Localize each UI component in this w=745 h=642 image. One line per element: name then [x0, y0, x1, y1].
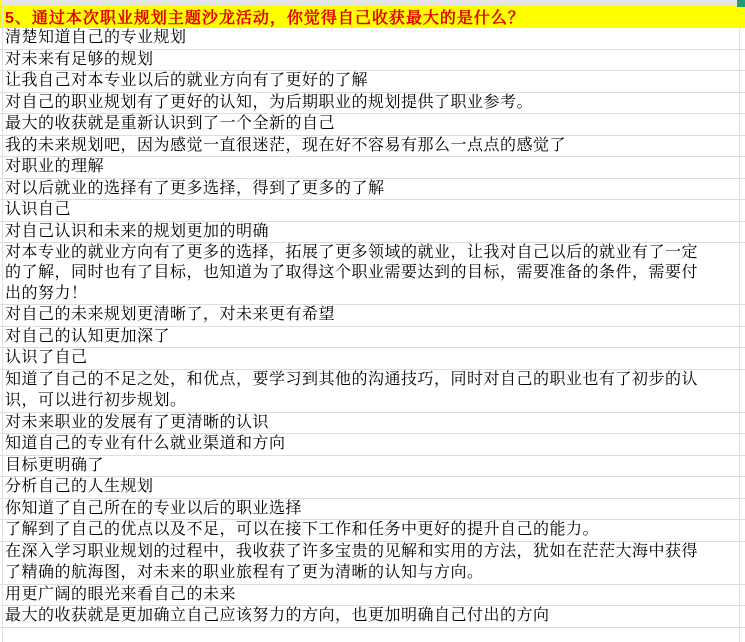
- table-row[interactable]: 对自己认识和未来的规划更加的明确: [0, 222, 745, 244]
- cell-text: 你知道了自己所在的专业以后的职业选择: [5, 499, 736, 520]
- question-header-text: 5、通过本次职业规划主题沙龙活动，你觉得自己收获最大的是什么？: [5, 5, 525, 28]
- cell-text: 知道了自己的不足之处，和优点，要学习到其他的沟通技巧，同时对自己的职业也有了初步…: [5, 370, 736, 411]
- table-row[interactable]: 知道了自己的不足之处，和优点，要学习到其他的沟通技巧，同时对自己的职业也有了初步…: [0, 370, 745, 413]
- table-row[interactable]: 我的未来规划吧，因为感觉一直很迷茫，现在好不容易有那么一点点的感觉了: [0, 136, 745, 158]
- cell-text: 让我自己对本专业以后的就业方向有了更好的了解: [5, 71, 736, 92]
- table-row[interactable]: 对自己的认知更加深了: [0, 327, 745, 349]
- table-row[interactable]: 你知道了自己所在的专业以后的职业选择: [0, 499, 745, 521]
- table-row[interactable]: 对本专业的就业方向有了更多的选择，拓展了更多领域的就业，让我对自己以后的就业有了…: [0, 243, 745, 305]
- cell-text: 对未来有足够的规划: [5, 50, 736, 71]
- cell-text: 认识自己: [5, 200, 736, 221]
- cell-text: 对职业的理解: [5, 157, 736, 178]
- cell-text: 对以后就业的选择有了更多选择，得到了更多的了解: [5, 179, 736, 200]
- cell-text: 对自己认识和未来的规划更加的明确: [5, 222, 736, 243]
- left-gridline: [2, 0, 3, 642]
- corner-marker-icon: [737, 0, 745, 7]
- cell-text: 认识了自己: [5, 348, 736, 369]
- cell-text: 对自己的未来规划更清晰了，对未来更有希望: [5, 305, 736, 326]
- table-row[interactable]: 用更广阔的眼光来看自己的未来: [0, 585, 745, 607]
- table-row[interactable]: 对职业的理解: [0, 157, 745, 179]
- table-row[interactable]: 让我自己对本专业以后的就业方向有了更好的了解: [0, 71, 745, 93]
- table-row[interactable]: 对自己的未来规划更清晰了，对未来更有希望: [0, 305, 745, 327]
- cell-text: 目标更明确了: [5, 456, 736, 477]
- cell-text: 对本专业的就业方向有了更多的选择，拓展了更多领域的就业，让我对自己以后的就业有了…: [5, 243, 736, 304]
- table-row[interactable]: 在深入学习职业规划的过程中，我收获了许多宝贵的见解和实用的方法，犹如在茫茫大海中…: [0, 542, 745, 585]
- table-row[interactable]: 知道自己的专业有什么就业渠道和方向: [0, 434, 745, 456]
- table-row[interactable]: 认识了自己: [0, 348, 745, 370]
- cell-text: 对自己的认知更加深了: [5, 327, 736, 348]
- spreadsheet: 5、通过本次职业规划主题沙龙活动，你觉得自己收获最大的是什么？ 清楚知道自己的专…: [0, 0, 745, 642]
- cell-text: 知道自己的专业有什么就业渠道和方向: [5, 434, 736, 455]
- table-row[interactable]: 最大的收获就是更加确立自己应该努力的方向，也更加明确自己付出的方向: [0, 606, 745, 628]
- cell-text: 用更广阔的眼光来看自己的未来: [5, 585, 736, 606]
- cell-text: 在深入学习职业规划的过程中，我收获了许多宝贵的见解和实用的方法，犹如在茫茫大海中…: [5, 542, 736, 583]
- cell-text: 最大的收获就是更加确立自己应该努力的方向，也更加明确自己付出的方向: [5, 606, 736, 627]
- table-row[interactable]: 对以后就业的选择有了更多选择，得到了更多的了解: [0, 179, 745, 201]
- right-column-gridline: [739, 0, 740, 642]
- cell-text: 分析自己的人生规划: [5, 477, 736, 498]
- table-row[interactable]: 分析自己的人生规划: [0, 477, 745, 499]
- table-row[interactable]: 目标更明确了: [0, 456, 745, 478]
- table-row[interactable]: 对未来职业的发展有了更清晰的认识: [0, 413, 745, 435]
- table-row[interactable]: 对未来有足够的规划: [0, 50, 745, 72]
- cell-text: 我的未来规划吧，因为感觉一直很迷茫，现在好不容易有那么一点点的感觉了: [5, 136, 736, 157]
- response-rows: 清楚知道自己的专业规划对未来有足够的规划让我自己对本专业以后的就业方向有了更好的…: [0, 28, 745, 628]
- table-row[interactable]: 认识自己: [0, 200, 745, 222]
- table-row[interactable]: 对自己的职业规划有了更好的认知，为后期职业的规划提供了职业参考。: [0, 93, 745, 115]
- question-header-cell[interactable]: 5、通过本次职业规划主题沙龙活动，你觉得自己收获最大的是什么？: [0, 5, 745, 28]
- cell-text: 对自己的职业规划有了更好的认知，为后期职业的规划提供了职业参考。: [5, 93, 736, 114]
- table-row[interactable]: 清楚知道自己的专业规划: [0, 28, 745, 50]
- cell-text: 清楚知道自己的专业规划: [5, 28, 736, 49]
- cell-text: 最大的收获就是重新认识到了一个全新的自己: [5, 114, 736, 135]
- cell-text: 了解到了自己的优点以及不足，可以在接下工作和任务中更好的提升自己的能力。: [5, 520, 736, 541]
- table-row[interactable]: 了解到了自己的优点以及不足，可以在接下工作和任务中更好的提升自己的能力。: [0, 520, 745, 542]
- cell-text: 对未来职业的发展有了更清晰的认识: [5, 413, 736, 434]
- table-row[interactable]: 最大的收获就是重新认识到了一个全新的自己: [0, 114, 745, 136]
